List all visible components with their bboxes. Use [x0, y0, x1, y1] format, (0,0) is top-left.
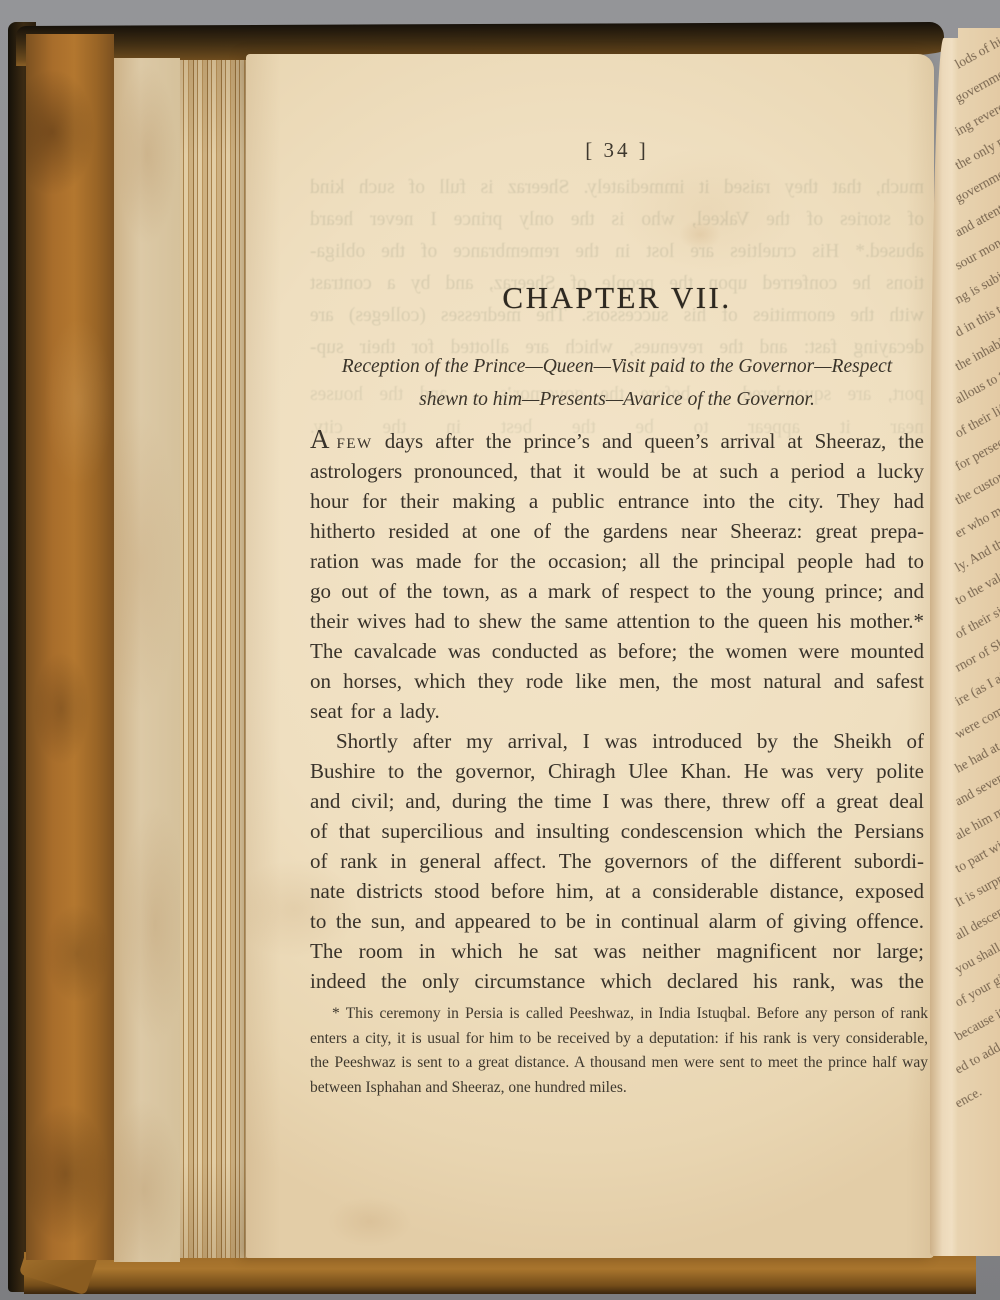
bleedthrough-line: abused.* His cruelties are lost in the r…: [310, 236, 924, 268]
chapter-heading: CHAPTER VII.: [310, 280, 924, 316]
small-caps-word: few: [337, 429, 373, 453]
body-first-line-rest: days after the prince’s and queen’s arri…: [385, 429, 924, 453]
body-line: nate districts stood before him, at a co…: [310, 876, 924, 906]
chapter-subtitle-line: Reception of the Prince—Queen—Visit paid…: [310, 350, 924, 383]
body-line: hour for their making a public entrance …: [310, 486, 924, 516]
body-line: indeed the only circumstance which decla…: [310, 966, 924, 996]
body-line: go out of the town, as a mark of respect…: [310, 576, 924, 606]
page-number: [ 34 ]: [310, 138, 924, 163]
body-line: astrologers pronounced, that it would be…: [310, 456, 924, 486]
body-line: ration was made for the occasion; all th…: [310, 546, 924, 576]
footnote-line: * This ceremony in Persia is called Pees…: [310, 1002, 928, 1027]
bleedthrough-text-upper: much, that they raised it immediately. S…: [310, 172, 924, 364]
body-line: Bushire to the governor, Chiragh Ulee Kh…: [310, 756, 924, 786]
body-first-line: Afew days after the prince’s and queen’s…: [310, 426, 924, 456]
book-photo: much, that they raised it immediately. S…: [0, 0, 1000, 1300]
footnote-line: between Isphahan and Sheeraz, one hundre…: [310, 1076, 928, 1101]
curled-page-edge: [930, 38, 960, 1256]
book-page: much, that they raised it immediately. S…: [246, 54, 934, 1258]
next-page-text-fragments: lods of his visgovernment, thing reveren…: [962, 56, 1000, 1128]
leather-spine: [26, 34, 114, 1260]
footnote: * This ceremony in Persia is called Pees…: [310, 1002, 928, 1100]
body-line: of that supercilious and insulting conde…: [310, 816, 924, 846]
drop-initial: A: [310, 424, 330, 454]
body-line: their wives had to shew the same attenti…: [310, 606, 924, 636]
body-line: Shortly after my arrival, I was introduc…: [310, 726, 924, 756]
chapter-subtitle-line: shewn to him—Presents—Avarice of the Gov…: [310, 383, 924, 416]
body-line: seat for a lady.: [310, 696, 924, 726]
stacked-page-edges: [180, 60, 248, 1258]
body-line: of rank in general affect. The governors…: [310, 846, 924, 876]
inner-margin: [114, 58, 180, 1262]
body-line: The room in which he sat was neither mag…: [310, 936, 924, 966]
body-line: and civil; and, during the time I was th…: [310, 786, 924, 816]
chapter-subtitle: Reception of the Prince—Queen—Visit paid…: [310, 350, 924, 416]
bleedthrough-line: much, that they raised it immediately. S…: [310, 172, 924, 204]
body-text: Afew days after the prince’s and queen’s…: [310, 426, 924, 996]
footnote-line: enters a city, it is usual for him to be…: [310, 1027, 928, 1052]
body-line: to the sun, and appeared to be in contin…: [310, 906, 924, 936]
footnote-line: the Peeshwaz is sent to a great distance…: [310, 1051, 928, 1076]
body-lines: astrologers pronounced, that it would be…: [310, 456, 924, 996]
body-line: hitherto resided at one of the gardens n…: [310, 516, 924, 546]
body-line: The cavalcade was conducted as before; t…: [310, 636, 924, 666]
body-line: on horses, which they rode like men, the…: [310, 666, 924, 696]
bleedthrough-line: of stories of the Vakeel, who is the onl…: [310, 204, 924, 236]
